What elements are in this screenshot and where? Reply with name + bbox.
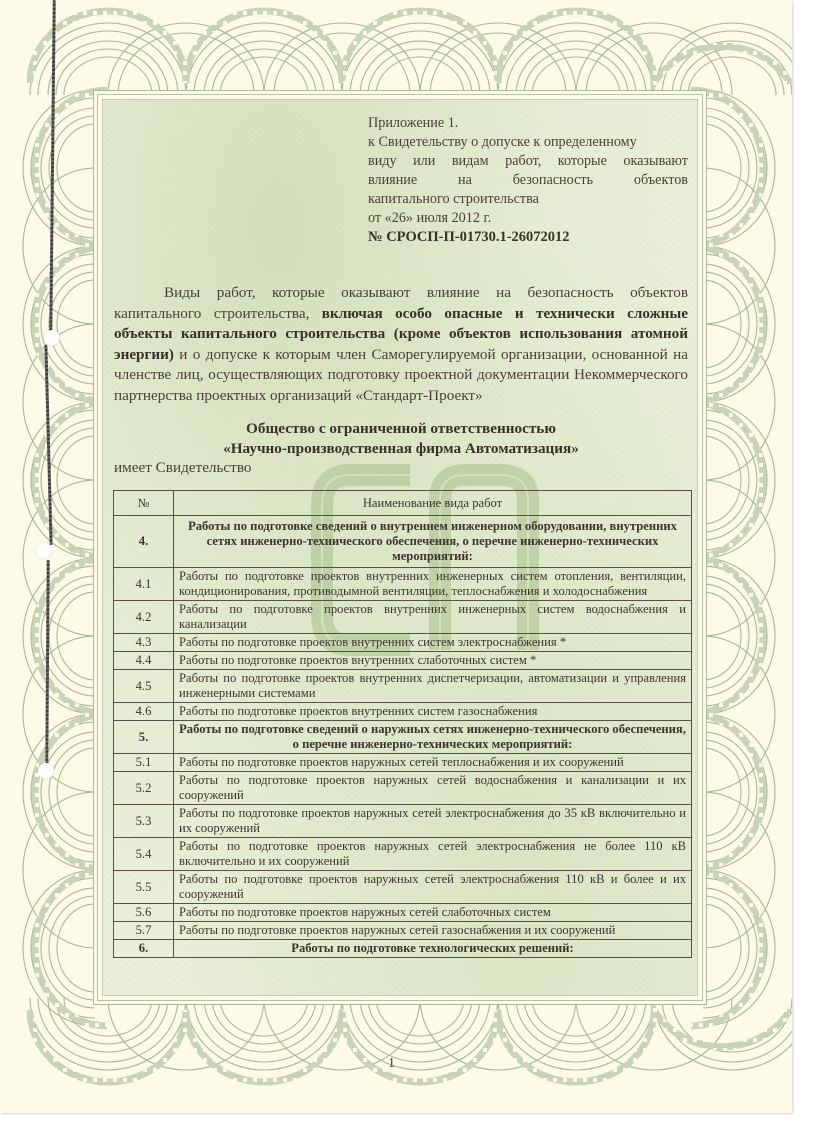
organization-name: Общество с ограниченной ответственностью… — [114, 419, 688, 459]
column-header-name: Наименование вида работ — [174, 491, 692, 516]
row-text: Работы по подготовке проектов внутренних… — [174, 568, 692, 601]
binding-hole — [38, 763, 54, 779]
row-number: 4.6 — [114, 703, 174, 721]
table-row: 4.5 Работы по подготовке проектов внутре… — [114, 670, 692, 703]
intro-paragraph: Виды работ, которые оказывают влияние на… — [114, 283, 688, 407]
table-row: 4.4 Работы по подготовке проектов внутре… — [114, 652, 692, 670]
binding-hole — [44, 330, 60, 346]
table-section-row: 5. Работы по подготовке сведений о наруж… — [114, 721, 692, 754]
row-number: 4.4 — [114, 652, 174, 670]
row-number: 5.6 — [114, 904, 174, 922]
appendix-title: Приложение 1. — [368, 114, 688, 133]
row-text: Работы по подготовке проектов внутренних… — [174, 634, 692, 652]
row-text: Работы по подготовке проектов наружных с… — [174, 871, 692, 904]
row-text: Работы по подготовке сведений о наружных… — [174, 721, 692, 754]
row-number: 6. — [114, 940, 174, 958]
table-row: 5.6 Работы по подготовке проектов наружн… — [114, 904, 692, 922]
binding-hole — [36, 543, 52, 559]
table-section-row: 6. Работы по подготовке технологических … — [114, 940, 692, 958]
row-number: 5.3 — [114, 805, 174, 838]
row-text: Работы по подготовке проектов внутренних… — [174, 652, 692, 670]
row-text: Работы по подготовке проектов наружных с… — [174, 805, 692, 838]
table-row: 4.1 Работы по подготовке проектов внутре… — [114, 568, 692, 601]
appendix-header: Приложение 1. к Свидетельству о допуске … — [368, 114, 688, 247]
intro-text-part-2: и о допуске к которым член Саморегулируе… — [114, 346, 688, 404]
works-table: № Наименование вида работ 4. Работы по п… — [113, 490, 692, 958]
table-row: 4.3 Работы по подготовке проектов внутре… — [114, 634, 692, 652]
organization-legal-form: Общество с ограниченной ответственностью — [114, 419, 688, 439]
row-number: 4.3 — [114, 634, 174, 652]
row-text: Работы по подготовке проектов наружных с… — [174, 772, 692, 805]
table-row: 5.4 Работы по подготовке проектов наружн… — [114, 838, 692, 871]
row-text: Работы по подготовке проектов внутренних… — [174, 601, 692, 634]
table-row: 5.5 Работы по подготовке проектов наружн… — [114, 871, 692, 904]
row-number: 5.4 — [114, 838, 174, 871]
appendix-line-1: к Свидетельству о допуске к определенном… — [368, 133, 688, 152]
row-text: Работы по подготовке сведений о внутренн… — [174, 516, 692, 568]
table-row: 5.1 Работы по подготовке проектов наружн… — [114, 754, 692, 772]
row-text: Работы по подготовке проектов наружных с… — [174, 922, 692, 940]
row-number: 5.2 — [114, 772, 174, 805]
table-section-row: 4. Работы по подготовке сведений о внутр… — [114, 516, 692, 568]
row-text: Работы по подготовке проектов наружных с… — [174, 754, 692, 772]
row-number: 5.5 — [114, 871, 174, 904]
appendix-line-3: влияние на безопасность объектов — [368, 171, 688, 190]
holds-certificate-text: имеет Свидетельство — [114, 458, 251, 478]
row-text: Работы по подготовке проектов внутренних… — [174, 703, 692, 721]
organization-title: «Научно-производственная фирма Автоматиз… — [114, 439, 688, 459]
row-number: 4.2 — [114, 601, 174, 634]
row-text: Работы по подготовке технологических реш… — [174, 940, 692, 958]
table-row: 5.7 Работы по подготовке проектов наружн… — [114, 922, 692, 940]
appendix-line-4: капитального строительства — [368, 190, 688, 209]
appendix-line-2: виду или видам работ, которые оказывают — [368, 152, 688, 171]
certificate-page: Приложение 1. к Свидетельству о допуске … — [0, 0, 792, 1113]
row-text: Работы по подготовке проектов внутренних… — [174, 670, 692, 703]
table-row: 4.2 Работы по подготовке проектов внутре… — [114, 601, 692, 634]
row-text: Работы по подготовке проектов наружных с… — [174, 838, 692, 871]
table-header-row: № Наименование вида работ — [114, 491, 692, 516]
row-number: 5.7 — [114, 922, 174, 940]
row-number: 5. — [114, 721, 174, 754]
table-row: 5.2 Работы по подготовке проектов наружн… — [114, 772, 692, 805]
column-header-number: № — [114, 491, 174, 516]
row-text: Работы по подготовке проектов наружных с… — [174, 904, 692, 922]
page-number: 1 — [388, 1056, 395, 1072]
certificate-number: № СРОСП-П-01730.1-26072012 — [368, 228, 688, 247]
row-number: 4. — [114, 516, 174, 568]
row-number: 5.1 — [114, 754, 174, 772]
row-number: 4.5 — [114, 670, 174, 703]
row-number: 4.1 — [114, 568, 174, 601]
table-row: 4.6 Работы по подготовке проектов внутре… — [114, 703, 692, 721]
appendix-date: от «26» июля 2012 г. — [368, 209, 688, 228]
table-row: 5.3 Работы по подготовке проектов наружн… — [114, 805, 692, 838]
